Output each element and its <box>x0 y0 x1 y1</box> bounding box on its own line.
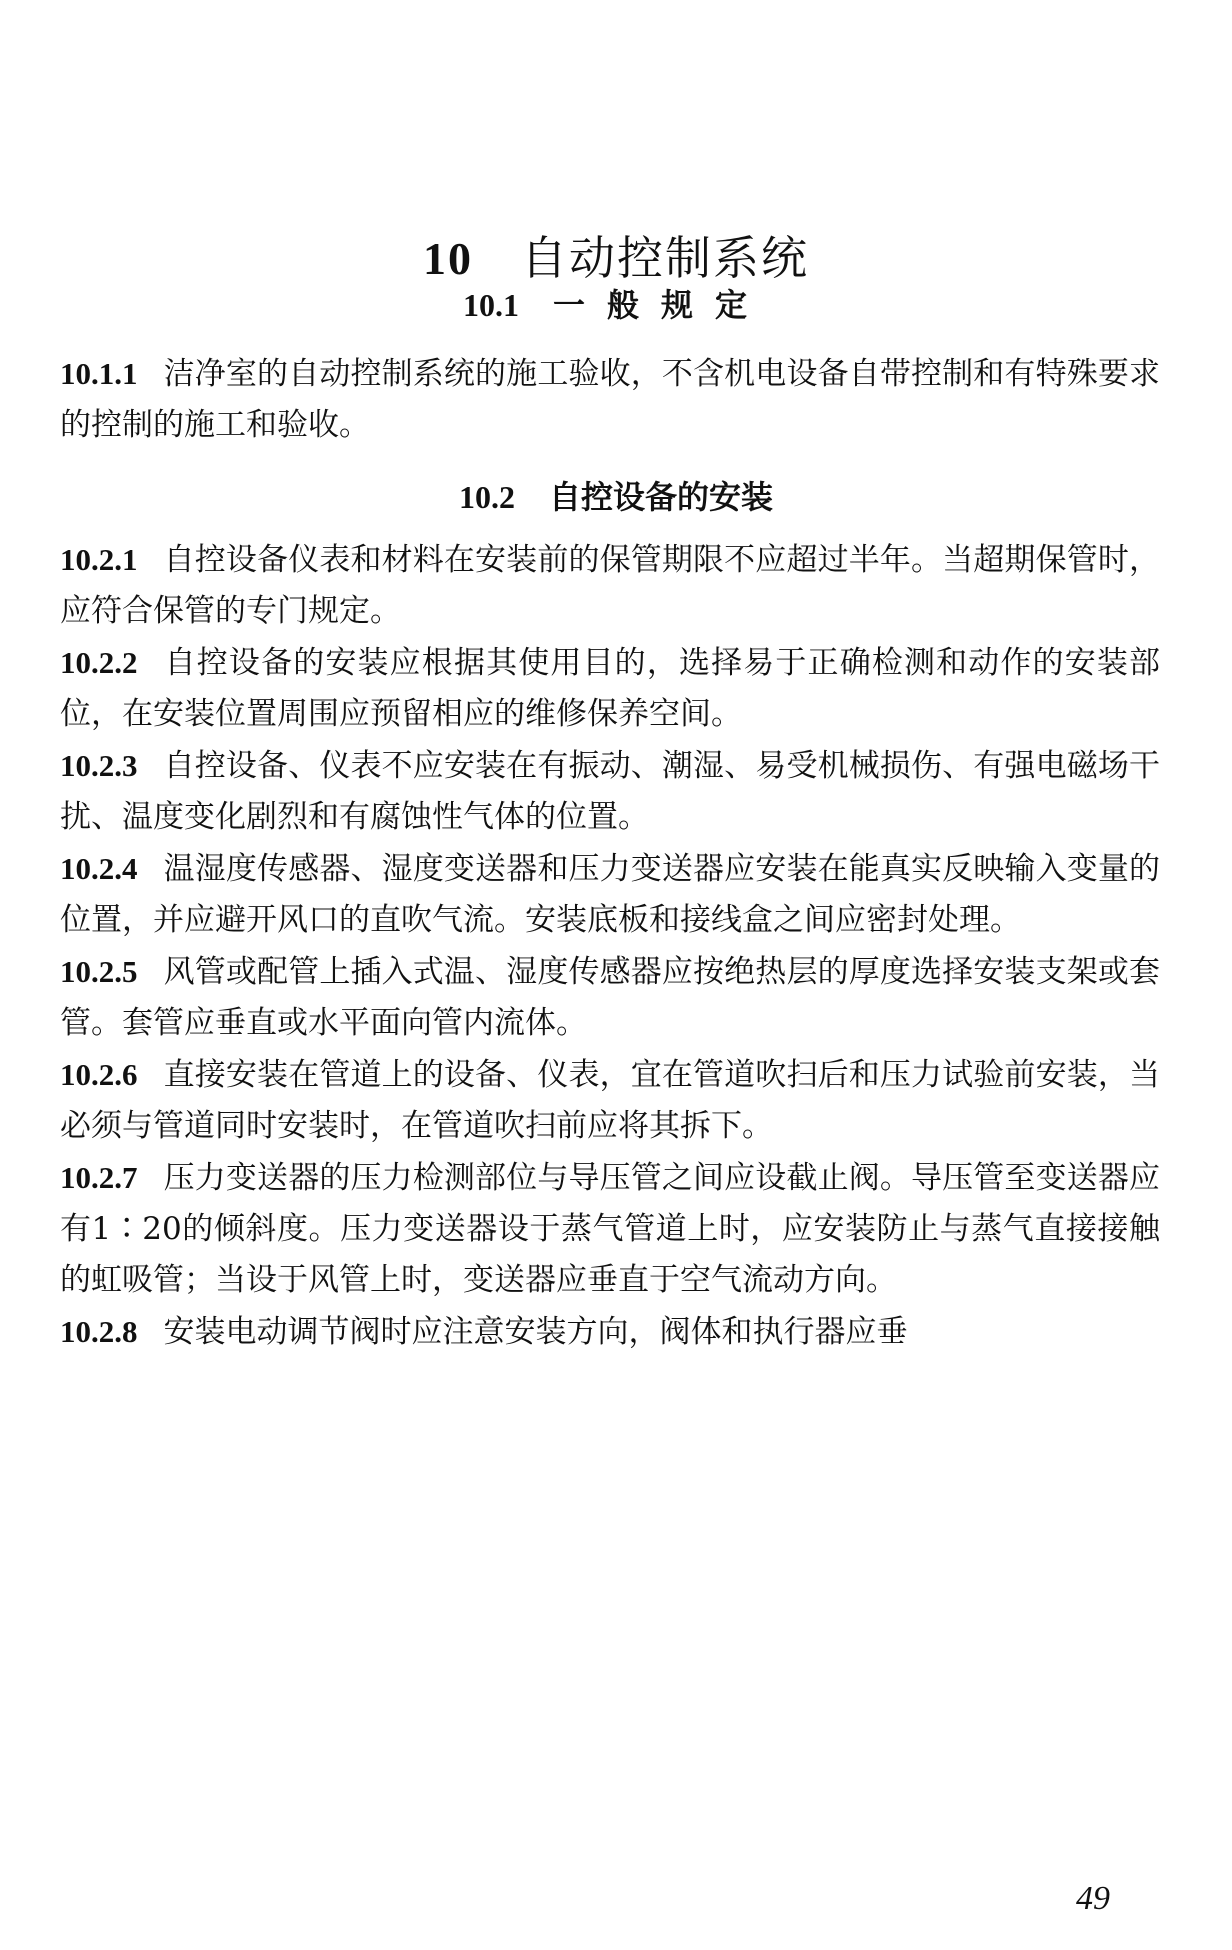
section-title-10-1: 10.1一般规定 <box>0 280 1232 326</box>
clause-10-2-7: 10.2.7压力变送器的压力检测部位与导压管之间应设截止阀。导压管至变送器应有1… <box>60 1152 1160 1306</box>
clause-text: 安装电动调节阀时应注意安装方向，阀体和执行器应垂 <box>164 1314 908 1350</box>
clause-number: 10.2.3 <box>60 748 138 783</box>
clause-text: 压力变送器的压力检测部位与导压管之间应设截止阀。导压管至变送器应有1∶20的倾斜… <box>60 1160 1160 1298</box>
section-number: 10.2 <box>459 479 515 515</box>
section-title-text: 自控设备的安装 <box>549 478 773 516</box>
clause-number: 10.2.5 <box>60 954 138 989</box>
document-page: 10自动控制系统 10.1一般规定 10.1.1洁净室的自动控制系统的施工验收，… <box>0 0 1232 1950</box>
clause-text: 自控设备仪表和材料在安装前的保管期限不应超过半年。当超期保管时，应符合保管的专门… <box>60 542 1160 629</box>
clause-10-2-8: 10.2.8安装电动调节阀时应注意安装方向，阀体和执行器应垂 <box>60 1306 1160 1358</box>
clause-10-2-2: 10.2.2自控设备的安装应根据其使用目的，选择易于正确检测和动作的安装部位，在… <box>60 637 1160 740</box>
clause-number: 10.2.7 <box>60 1160 138 1195</box>
clause-number: 10.2.2 <box>60 645 138 680</box>
chapter-title-text: 自动控制系统 <box>521 231 809 285</box>
clause-10-1-1: 10.1.1洁净室的自动控制系统的施工验收，不含机电设备自带控制和有特殊要求的控… <box>60 348 1160 451</box>
clause-10-2-1: 10.2.1自控设备仪表和材料在安装前的保管期限不应超过半年。当超期保管时，应符… <box>60 534 1160 637</box>
section-number: 10.1 <box>463 287 519 323</box>
clause-number: 10.2.6 <box>60 1057 138 1092</box>
clause-text: 温湿度传感器、湿度变送器和压力变送器应安装在能真实反映输入变量的位置，并应避开风… <box>60 851 1160 938</box>
chapter-title: 10自动控制系统 <box>0 222 1232 288</box>
clause-number: 10.2.8 <box>60 1314 138 1349</box>
section-title-text: 一般规定 <box>553 286 769 324</box>
clause-text: 自控设备、仪表不应安装在有振动、潮湿、易受机械损伤、有强电磁场干扰、温度变化剧烈… <box>60 748 1160 835</box>
clause-10-2-4: 10.2.4温湿度传感器、湿度变送器和压力变送器应安装在能真实反映输入变量的位置… <box>60 843 1160 946</box>
clause-number: 10.2.1 <box>60 542 138 577</box>
chapter-number: 10 <box>423 233 473 284</box>
section-10-2-body: 10.2.1自控设备仪表和材料在安装前的保管期限不应超过半年。当超期保管时，应符… <box>60 534 1160 1358</box>
clause-number: 10.1.1 <box>60 356 138 391</box>
section-title-10-2: 10.2自控设备的安装 <box>0 472 1232 518</box>
clause-number: 10.2.4 <box>60 851 138 886</box>
section-10-1-body: 10.1.1洁净室的自动控制系统的施工验收，不含机电设备自带控制和有特殊要求的控… <box>60 348 1160 451</box>
clause-text: 风管或配管上插入式温、湿度传感器应按绝热层的厚度选择安装支架或套管。套管应垂直或… <box>60 954 1160 1041</box>
clause-10-2-6: 10.2.6直接安装在管道上的设备、仪表，宜在管道吹扫后和压力试验前安装，当必须… <box>60 1049 1160 1152</box>
clause-text: 直接安装在管道上的设备、仪表，宜在管道吹扫后和压力试验前安装，当必须与管道同时安… <box>60 1057 1160 1144</box>
clause-10-2-3: 10.2.3自控设备、仪表不应安装在有振动、潮湿、易受机械损伤、有强电磁场干扰、… <box>60 740 1160 843</box>
page-number: 49 <box>1076 1880 1110 1918</box>
clause-text: 洁净室的自动控制系统的施工验收，不含机电设备自带控制和有特殊要求的控制的施工和验… <box>60 356 1160 443</box>
clause-text: 自控设备的安装应根据其使用目的，选择易于正确检测和动作的安装部位，在安装位置周围… <box>60 645 1160 732</box>
clause-10-2-5: 10.2.5风管或配管上插入式温、湿度传感器应按绝热层的厚度选择安装支架或套管。… <box>60 946 1160 1049</box>
